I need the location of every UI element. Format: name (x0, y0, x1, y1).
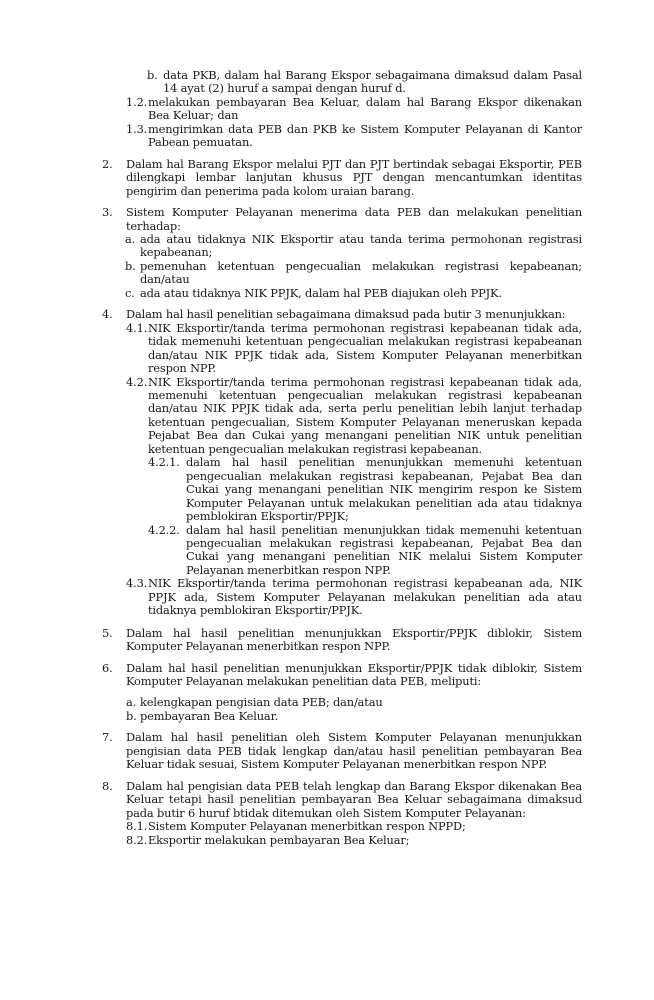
list-item: b.pembayaran Bea Keluar. (0, 710, 654, 723)
document-body: b.data PKB, dalam hal Barang Ekspor seba… (0, 69, 654, 847)
list-item: 4.Dalam hal hasil penelitian sebagaimana… (0, 308, 654, 321)
list-item: 4.1.NIK Eksportir/tanda terima permohona… (0, 322, 654, 376)
list-item-number: 6. (102, 662, 113, 675)
list-item-text: Dalam hal hasil penelitian oleh Sistem K… (126, 731, 582, 771)
list-item: 1.3.mengirimkan data PEB dan PKB ke Sist… (0, 123, 654, 150)
list-item-number: 8.2. (126, 834, 147, 847)
list-item-text: pemenuhan ketentuan pengecualian melakuk… (140, 260, 582, 287)
list-item: 5.Dalam hal hasil penelitian menunjukkan… (0, 627, 654, 654)
list-item-text: dalam hal hasil penelitian menunjukkan t… (186, 524, 582, 578)
list-item: 8.Dalam hal pengisian data PEB telah len… (0, 780, 654, 820)
list-item-number: 2. (102, 158, 113, 171)
list-item: 4.2.NIK Eksportir/tanda terima permohona… (0, 376, 654, 457)
list-item-text: ada atau tidaknya NIK PPJK, dalam hal PE… (140, 287, 582, 300)
list-item: 8.1.Sistem Komputer Pelayanan menerbitka… (0, 820, 654, 833)
list-item-text: Dalam hal hasil penelitian menunjukkan E… (126, 627, 582, 654)
list-item-number: 1.2. (126, 96, 147, 109)
list-item: 8.2.Eksportir melakukan pembayaran Bea K… (0, 834, 654, 847)
list-item-text: melakukan pembayaran Bea Keluar, dalam h… (148, 96, 582, 123)
list-item-text: Dalam hal hasil penelitian sebagaimana d… (126, 308, 582, 321)
list-item: a.kelengkapan pengisian data PEB; dan/at… (0, 696, 654, 709)
list-item-text: kelengkapan pengisian data PEB; dan/atau (140, 696, 582, 709)
list-item: 3.Sistem Komputer Pelayanan menerima dat… (0, 206, 654, 233)
list-item-number: 3. (102, 206, 113, 219)
list-item: a.ada atau tidaknya NIK Eksportir atau t… (0, 233, 654, 260)
list-item-text: NIK Eksportir/tanda terima permohonan re… (148, 577, 582, 617)
list-item-text: Dalam hal pengisian data PEB telah lengk… (126, 780, 582, 820)
list-item-text: Sistem Komputer Pelayanan menerima data … (126, 206, 582, 233)
list-item-text: ada atau tidaknya NIK Eksportir atau tan… (140, 233, 582, 260)
list-item-text: NIK Eksportir/tanda terima permohonan re… (148, 376, 582, 457)
list-item: 6.Dalam hal hasil penelitian menunjukkan… (0, 662, 654, 689)
list-item-text: data PKB, dalam hal Barang Ekspor sebaga… (163, 69, 582, 96)
list-item-text: mengirimkan data PEB dan PKB ke Sistem K… (148, 123, 582, 150)
list-item-number: b. (125, 260, 136, 273)
list-item-number: 8.1. (126, 820, 147, 833)
list-item-text: Sistem Komputer Pelayanan menerbitkan re… (148, 820, 582, 833)
list-item: b.pemenuhan ketentuan pengecualian melak… (0, 260, 654, 287)
list-item: 4.2.1.dalam hal hasil penelitian menunju… (0, 456, 654, 523)
list-item-text: NIK Eksportir/tanda terima permohonan re… (148, 322, 582, 376)
document-page: b.data PKB, dalam hal Barang Ekspor seba… (0, 0, 654, 1000)
list-item-number: c. (125, 287, 135, 300)
list-item-number: 4.2.1. (148, 456, 180, 469)
list-item: b.data PKB, dalam hal Barang Ekspor seba… (0, 69, 654, 96)
list-item-number: 4.2.2. (148, 524, 180, 537)
list-item: 4.2.2.dalam hal hasil penelitian menunju… (0, 524, 654, 578)
list-item-number: b. (147, 69, 158, 82)
list-item: 1.2.melakukan pembayaran Bea Keluar, dal… (0, 96, 654, 123)
list-item-number: a. (125, 233, 135, 246)
list-item-number: 7. (102, 731, 113, 744)
list-item: 4.3.NIK Eksportir/tanda terima permohona… (0, 577, 654, 617)
list-item-text: pembayaran Bea Keluar. (140, 710, 582, 723)
list-item-number: 8. (102, 780, 113, 793)
list-item-number: b. (126, 710, 137, 723)
list-item-number: 4. (102, 308, 113, 321)
list-item-number: 5. (102, 627, 113, 640)
list-item-text: dalam hal hasil penelitian menunjukkan m… (186, 456, 582, 523)
list-item-text: Eksportir melakukan pembayaran Bea Kelua… (148, 834, 582, 847)
list-item-number: 4.2. (126, 376, 147, 389)
list-item: 7.Dalam hal hasil penelitian oleh Sistem… (0, 731, 654, 771)
list-item-number: 4.3. (126, 577, 147, 590)
list-item: 2.Dalam hal Barang Ekspor melalui PJT da… (0, 158, 654, 198)
list-item-text: Dalam hal Barang Ekspor melalui PJT dan … (126, 158, 582, 198)
list-item: c.ada atau tidaknya NIK PPJK, dalam hal … (0, 287, 654, 300)
list-item-text: Dalam hal hasil penelitian menunjukkan E… (126, 662, 582, 689)
list-item-number: 4.1. (126, 322, 147, 335)
list-item-number: a. (126, 696, 136, 709)
list-item-number: 1.3. (126, 123, 147, 136)
